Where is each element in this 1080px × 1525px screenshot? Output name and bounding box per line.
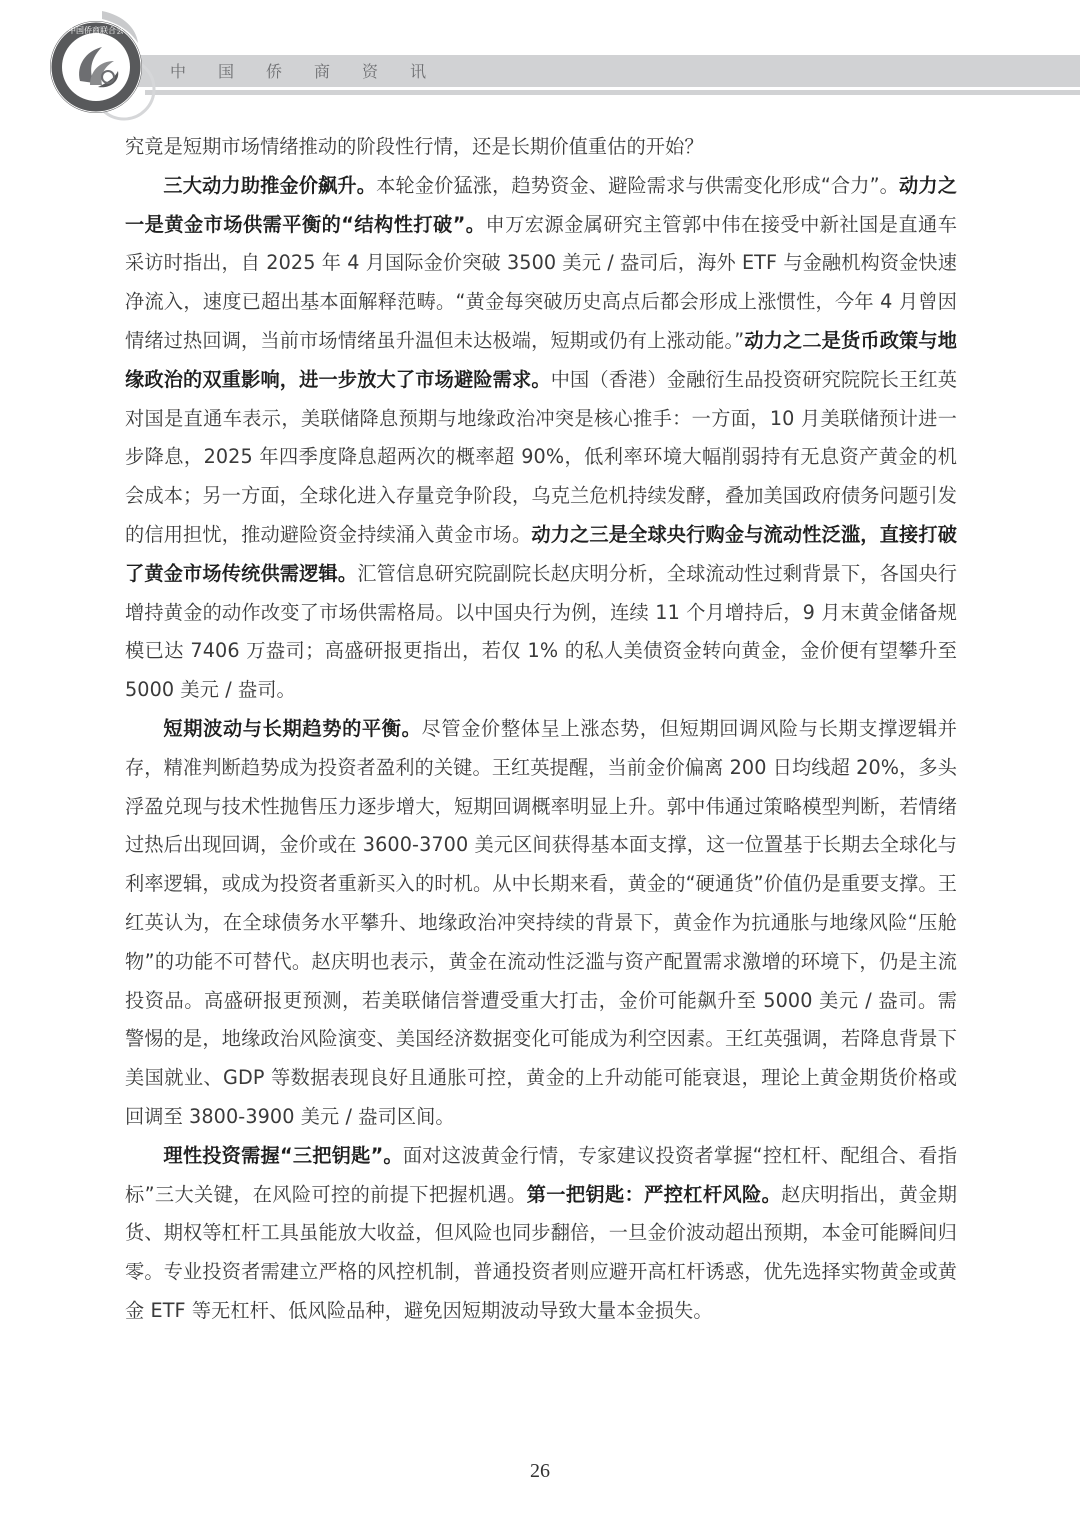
article-paragraph: 短期波动与长期趋势的平衡。尽管金价整体呈上涨态势，但短期回调风险与长期支撑逻辑并… <box>125 710 957 1137</box>
section-heading: 短期波动与长期趋势的平衡。 <box>163 717 421 740</box>
paragraph-text: 究竟是短期市场情绪推动的阶段性行情，还是长期价值重估的开始？ <box>125 135 704 158</box>
header-rule <box>145 90 1080 95</box>
federation-logo-icon: 中国侨商联合会 <box>40 5 160 125</box>
paragraph-text: 本轮金价猛涨，趋势资金、避险需求与供需变化形成“合力”。 <box>376 174 899 197</box>
section-heading: 三大动力助推金价飙升。 <box>163 174 376 197</box>
page-number: 26 <box>0 1460 1080 1483</box>
article-paragraph: 理性投资需握“三把钥匙”。面对这波黄金行情，专家建议投资者掌握“控杠杆、配组合、… <box>125 1137 957 1331</box>
article-body: 究竟是短期市场情绪推动的阶段性行情，还是长期价值重估的开始？ 三大动力助推金价飙… <box>125 128 957 1331</box>
page-header: 中国侨商资讯 中国侨商联合会 <box>0 0 1080 110</box>
article-paragraph: 三大动力助推金价飙升。本轮金价猛涨，趋势资金、避险需求与供需变化形成“合力”。动… <box>125 167 957 710</box>
article-paragraph: 究竟是短期市场情绪推动的阶段性行情，还是长期价值重估的开始？ <box>125 128 957 167</box>
paragraph-text: 尽管金价整体呈上涨态势，但短期回调风险与长期支撑逻辑并存，精准判断趋势成为投资者… <box>125 717 957 1128</box>
publication-title: 中国侨商资讯 <box>170 58 458 86</box>
section-heading: 理性投资需握“三把钥匙”。 <box>163 1144 402 1167</box>
svg-text:中国侨商联合会: 中国侨商联合会 <box>68 25 124 35</box>
paragraph-text: 中国（香港）金融衍生品投资研究院院长王红英对国是直通车表示，美联储降息预期与地缘… <box>125 368 957 546</box>
bold-lead: 第一把钥匙：严控杠杆风险。 <box>527 1183 781 1206</box>
